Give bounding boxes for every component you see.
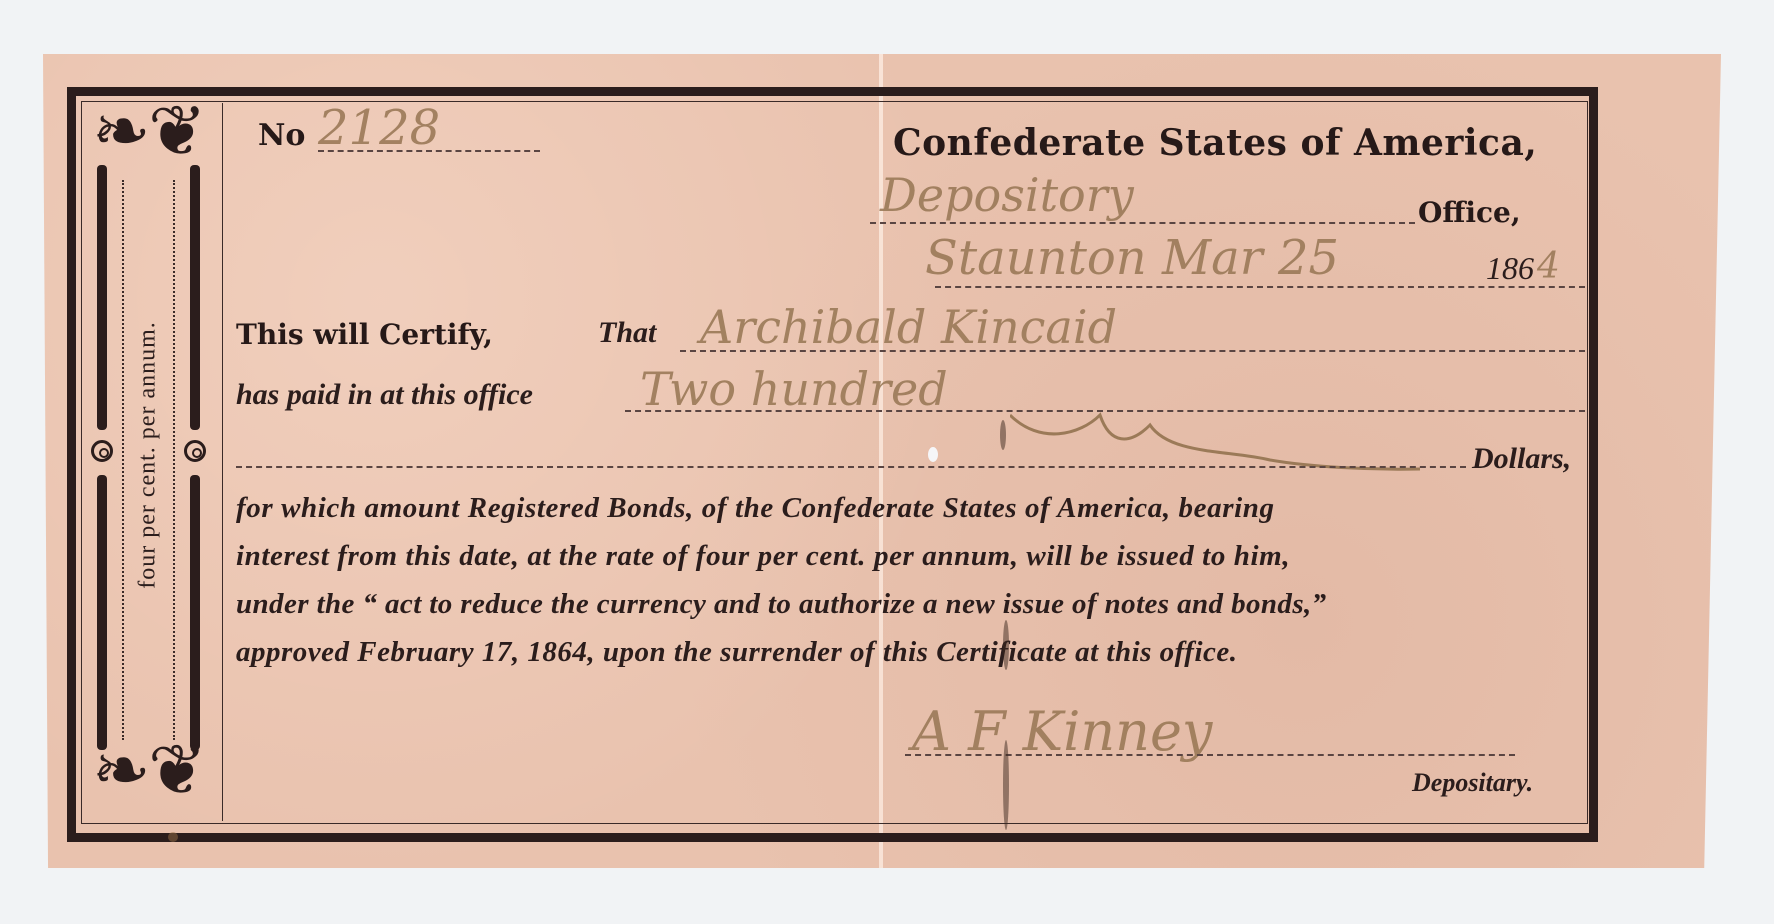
- ink-streak: [1003, 620, 1009, 670]
- right-rosette-icon: [184, 440, 206, 462]
- bottom-scroll-ornament-icon: ❧: [92, 735, 151, 805]
- office-line: [870, 222, 1415, 224]
- document-title: Confederate States of America,: [893, 122, 1537, 164]
- left-rosette-icon: [91, 440, 113, 462]
- dollars-line: [236, 466, 1466, 468]
- paid-label: has paid in at this office: [236, 378, 533, 412]
- bottom-scroll-ornament-right-icon: ❦: [148, 735, 207, 805]
- right-ornament-stalk-bottom: [190, 475, 200, 750]
- certify-label: This will Certify,: [236, 318, 493, 351]
- top-scroll-ornament-right-icon: ❦: [148, 96, 207, 166]
- number-label: No: [258, 118, 305, 153]
- certificate-number: 2128: [318, 100, 440, 156]
- ink-streak: [1000, 420, 1006, 450]
- place-date-handwritten: Staunton Mar 25: [925, 230, 1339, 286]
- body-line-3: under the “ act to reduce the currency a…: [236, 588, 1327, 621]
- payee-handwritten: Archibald Kincaid: [700, 300, 1117, 354]
- left-ornament-stalk-bottom: [97, 475, 107, 750]
- top-scroll-ornament-icon: ❧: [92, 96, 151, 166]
- amount-handwritten: Two hundred: [640, 362, 948, 416]
- that-label: That: [598, 316, 656, 350]
- paper-hole: [928, 447, 938, 462]
- signature-line: [905, 754, 1515, 756]
- side-dotted-line-right: [173, 180, 175, 740]
- dollars-label: Dollars,: [1472, 442, 1571, 476]
- depositary-label: Depositary.: [1412, 768, 1533, 798]
- side-panel-text: four per cent. per annum.: [135, 321, 162, 589]
- number-line: [318, 150, 540, 152]
- payee-line: [680, 350, 1585, 352]
- year-handwritten: 4: [1537, 246, 1560, 287]
- ink-streak: [1003, 740, 1009, 830]
- office-label: Office,: [1418, 196, 1521, 229]
- paper-stain: [168, 832, 178, 842]
- office-name-handwritten: Depository: [880, 168, 1134, 222]
- body-line-4: approved February 17, 1864, upon the sur…: [236, 636, 1238, 669]
- body-line-1: for which amount Registered Bonds, of th…: [236, 492, 1275, 525]
- year-printed: 186: [1486, 250, 1534, 287]
- left-ornament-stalk-top: [97, 165, 107, 430]
- body-line-2: interest from this date, at the rate of …: [236, 540, 1290, 573]
- right-ornament-stalk-top: [190, 165, 200, 430]
- side-dotted-line-left: [122, 180, 124, 740]
- amount-flourish-icon: [1010, 405, 1430, 475]
- side-panel-divider: [222, 103, 223, 821]
